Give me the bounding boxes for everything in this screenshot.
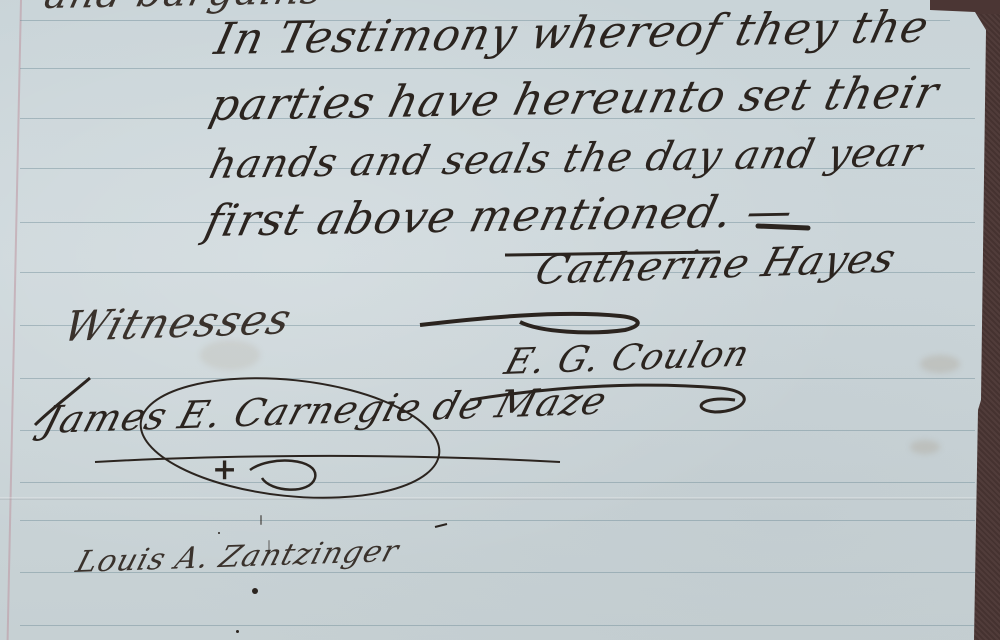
ink-speck: [260, 515, 262, 525]
witness-mark-cross: +: [212, 452, 238, 487]
ruled-line: [20, 482, 975, 483]
signature-witness-carnegie-de-maze: James E. Carnegie de Maze: [38, 379, 612, 442]
body-line: parties have hereunto set their: [205, 67, 944, 131]
ruled-line: [20, 378, 975, 379]
paper-stain: [910, 440, 940, 454]
ink-speck: [268, 540, 270, 554]
signature-e-g-coulon: E. G. Coulon: [500, 334, 755, 383]
ink-speck: [252, 588, 258, 594]
paper-fold-crease: [0, 497, 980, 500]
body-line: hands and seals the day and year: [205, 130, 927, 188]
ruled-line: [20, 520, 975, 521]
ink-speck: [236, 630, 239, 633]
margin-line: [7, 0, 22, 640]
paper-stain: [920, 355, 960, 373]
lined-paper-sheet: and bargains In Testimony whereof they t…: [0, 0, 986, 640]
ink-speck: [218, 532, 220, 534]
document-scan: and bargains In Testimony whereof they t…: [0, 0, 1000, 640]
signature-witness-zantzinger: Louis A. Zantzinger: [72, 534, 403, 580]
ruled-line: [20, 625, 975, 626]
witnesses-label: Witnesses: [58, 294, 298, 351]
signature-catherine-hayes: Catherine Hayes: [530, 236, 902, 294]
body-line: first above mentioned. —: [200, 186, 799, 247]
